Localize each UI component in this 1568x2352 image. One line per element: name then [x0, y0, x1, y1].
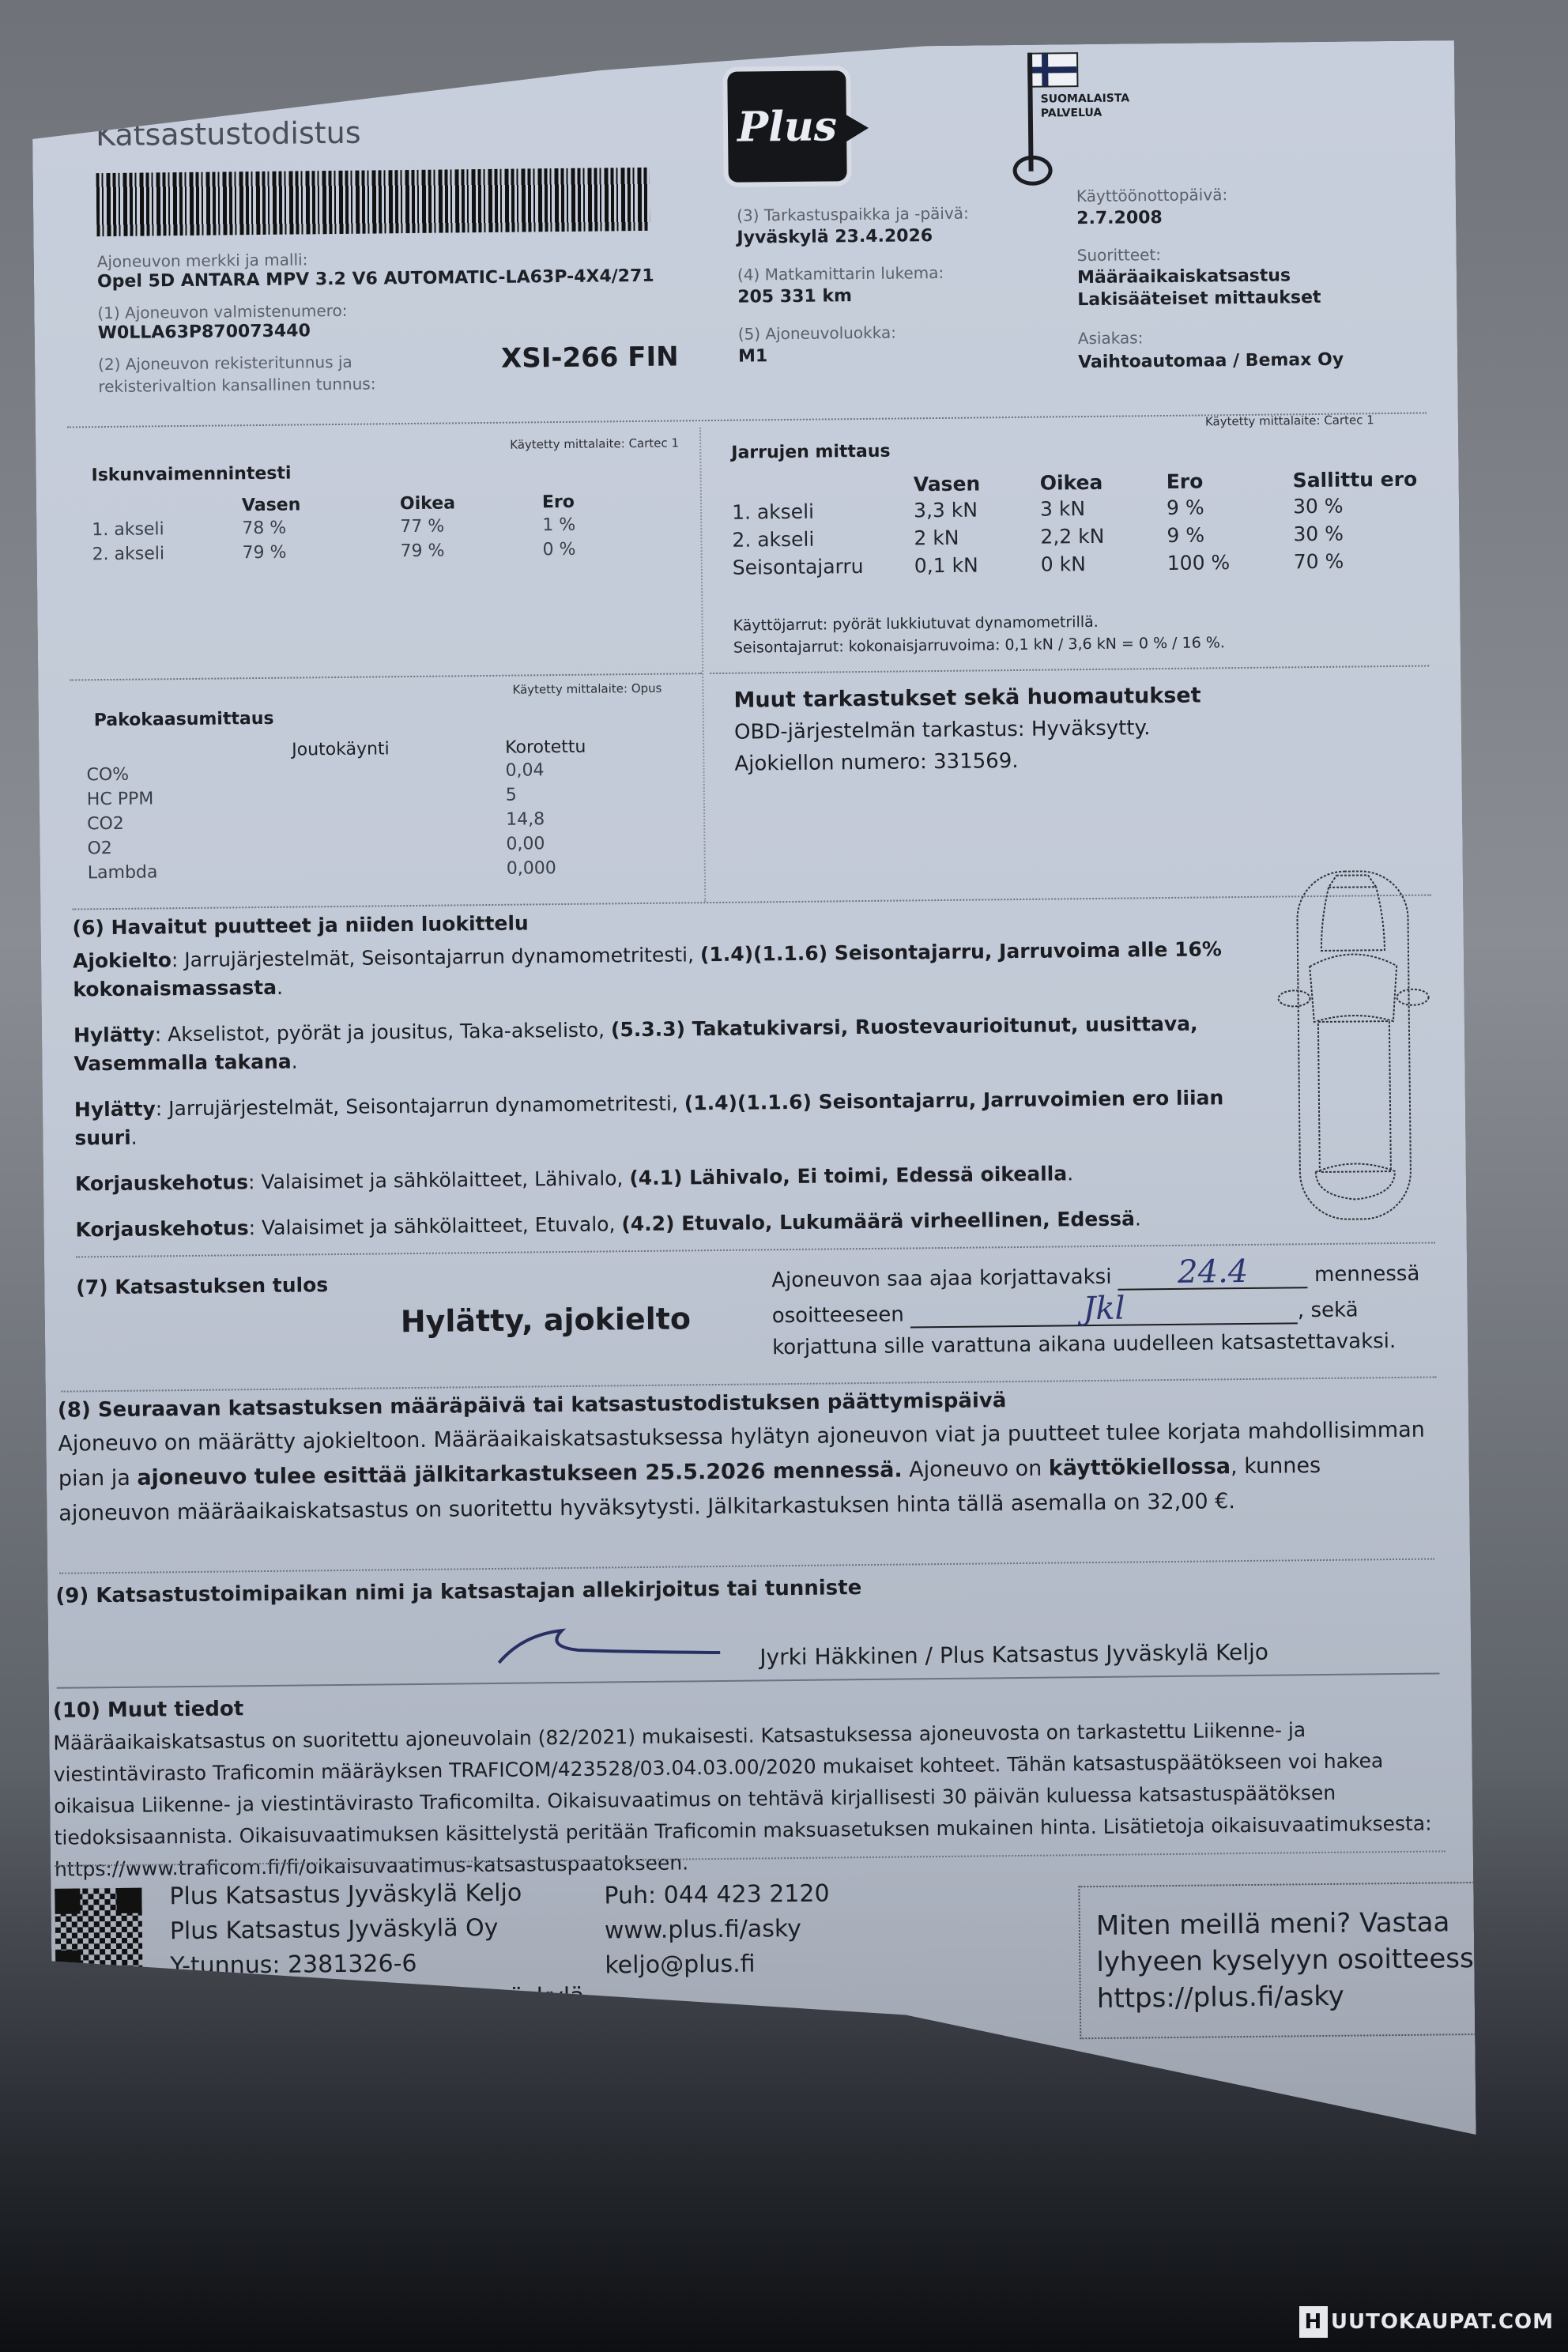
- result-title: (7) Katsastuksen tulos: [76, 1273, 328, 1298]
- performed-label: Suoritteet:: [1077, 245, 1162, 265]
- email-link[interactable]: keljo@plus.fi: [605, 1947, 831, 1984]
- other-checks: Muut tarkastukset sekä huomautukset OBD-…: [733, 684, 1201, 784]
- customer-label: Asiakas:: [1078, 328, 1144, 348]
- vin: W0LLA63P870073440: [98, 321, 311, 343]
- commission-date-label: Käyttöönottopäivä:: [1076, 185, 1227, 205]
- suomalaista-palvelua-key-logo: SUOMALAISTAPALVELUA: [1012, 52, 1108, 187]
- inspector-name: Jyrki Häkkinen / Plus Katsastus Jyväskyl…: [759, 1639, 1268, 1671]
- handwritten-date-field[interactable]: 24.4: [1118, 1255, 1307, 1291]
- commission-date: 2.7.2008: [1076, 208, 1163, 228]
- handwritten-address-field[interactable]: Jkl: [910, 1291, 1298, 1328]
- defects-section: (6) Havaitut puutteet ja niiden luokitte…: [72, 904, 1261, 1262]
- defect-item: Ajokielto: Jarrujärjestelmät, Seisontaja…: [73, 935, 1259, 1004]
- inspection-certificate-paper: Katsastustodistus Plus SUOMALAISTAPALVEL…: [32, 40, 1476, 2150]
- website-link[interactable]: www.plus.fi/asky: [605, 1912, 831, 1949]
- next-inspection-section: (8) Seuraavan katsastuksen määräpäivä ta…: [58, 1385, 1434, 1532]
- phone: Puh: 044 423 2120: [604, 1877, 830, 1914]
- column-divider: [699, 428, 706, 902]
- customer: Vaihtoautomaa / Bemax Oy: [1078, 350, 1344, 373]
- performed-1: Määräaikaiskatsastus: [1077, 266, 1291, 288]
- vehicle-class-label: (5) Ajoneuvoluokka:: [738, 323, 896, 344]
- key-ring: [1012, 155, 1052, 186]
- place-date-label: (3) Tarkastuspaikka ja -päivä:: [737, 204, 969, 225]
- shock-test-table: VasenOikeaEro 1. akseli78 %77 %1 % 2. ak…: [92, 492, 576, 569]
- qr-code[interactable]: [55, 1888, 142, 1976]
- defect-item: Korjauskehotus: Valaisimet ja sähkölaitt…: [75, 1158, 1261, 1199]
- reg-label-2: rekisterivaltion kansallinen tunnus:: [98, 374, 375, 396]
- performed-2: Lakisääteiset mittaukset: [1077, 288, 1321, 310]
- plus-logo: Plus: [727, 70, 846, 183]
- huutokaupat-cube-icon: H: [1299, 2306, 1328, 2338]
- shock-test-title: Iskunvaimennintesti: [91, 464, 291, 486]
- exhaust-test-table: JoutokäyntiKorotettu CO%0,04 HC PPM5 CO2…: [86, 737, 587, 888]
- exhaust-test-title: Pakokaasumittaus: [94, 709, 274, 730]
- company-info: Plus Katsastus Jyväskylä Keljo Plus Kats…: [169, 1875, 585, 2018]
- reg-label-1: (2) Ajoneuvon rekisteritunnus ja: [98, 352, 352, 374]
- defect-item: Hylätty: Akselistot, pyörät ja jousitus,…: [73, 1009, 1260, 1079]
- odometer: 205 331 km: [737, 286, 852, 307]
- brake-test-table: VasenOikeaEroSallittu ero 1. akseli3,3 k…: [732, 468, 1419, 584]
- table-row: 2. akseli79 %79 %0 %: [92, 540, 575, 569]
- make-model-label: Ajoneuvon merkki ja malli:: [97, 250, 308, 271]
- brake-test-title: Jarrujen mittaus: [731, 442, 891, 463]
- divider: [710, 665, 1429, 675]
- vehicle-class: M1: [738, 346, 767, 366]
- document-title: Katsastustodistus: [96, 115, 361, 153]
- brake-note-1: Käyttöjarrut: pyörät lukkiutuvat dynamom…: [733, 613, 1098, 635]
- brake-note-2: Seisontajarrut: kokonaisjarruvoima: 0,1 …: [733, 634, 1225, 657]
- table-row: Lambda0,000: [88, 858, 587, 888]
- huutokaupat-watermark: H UUTOKAUPAT.COM: [1299, 2306, 1554, 2338]
- signature-scribble: [491, 1621, 729, 1671]
- divider: [59, 1559, 1434, 1574]
- result-value: Hylätty, ajokielto: [401, 1301, 692, 1339]
- drive-permission: Ajoneuvon saa ajaa korjattavaksi 24.4 me…: [771, 1253, 1468, 1363]
- signature-title: (9) Katsastustoimipaikan nimi ja katsast…: [55, 1576, 861, 1608]
- car-diagram: [1273, 863, 1435, 1228]
- odometer-label: (4) Matkamittarin lukema:: [737, 263, 944, 285]
- vin-label: (1) Ajoneuvon valmistenumero:: [97, 301, 347, 322]
- barcode: [96, 168, 650, 236]
- divider: [70, 673, 702, 680]
- exhaust-device: Käytetty mittalaite: Opus: [512, 681, 661, 697]
- finnish-flag-icon: [1027, 52, 1078, 88]
- registration-number: XSI-266 FIN: [501, 341, 679, 374]
- contact-info: Puh: 044 423 2120 www.plus.fi/asky keljo…: [604, 1877, 831, 1984]
- defect-list: Ajokielto: Jarrujärjestelmät, Seisontaja…: [73, 935, 1261, 1245]
- survey-box: Miten meillä meni? Vastaa lyhyeen kysely…: [1078, 1881, 1557, 2039]
- other-info-section: (10) Muut tiedot Määräaikaiskatsastus on…: [53, 1684, 1445, 1885]
- place-date: Jyväskylä 23.4.2026: [737, 226, 933, 248]
- shock-device: Käytetty mittalaite: Cartec 1: [510, 435, 679, 451]
- brake-device: Käytetty mittalaite: Cartec 1: [1205, 413, 1374, 428]
- defect-item: Korjauskehotus: Valaisimet ja sähkölaitt…: [75, 1204, 1261, 1245]
- defect-item: Hylätty: Jarrujärjestelmät, Seisontajarr…: [74, 1084, 1261, 1153]
